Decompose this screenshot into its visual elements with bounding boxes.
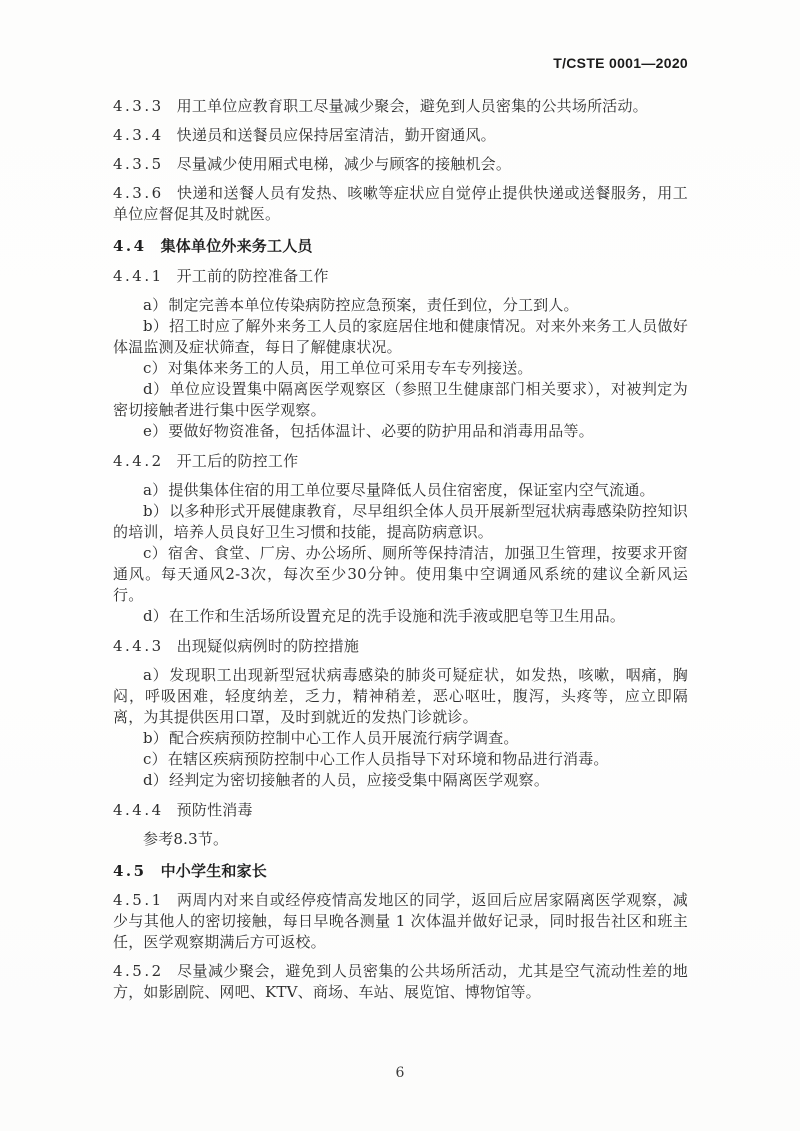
clause-4.5.1: 4.5.1两周内对来自或经停疫情高发地区的同学，返回后应居家隔离医学观察，减少与… [113,890,688,953]
subheading-4.4.3: 4.4.3出现疑似病例时的防控措施 [113,636,688,657]
item-label: e） [143,422,167,440]
list-item-d: d）在工作和生活场所设置充足的洗手设施和洗手液或肥皂等卫生用品。 [113,606,688,627]
item-label: b） [143,317,168,335]
paragraph: 参考8.3节。 [113,829,688,850]
list-item-e: e）要做好物资准备，包括体温计、必要的防护用品和消毒用品等。 [113,421,688,442]
list-item-a: a）发现职工出现新型冠状病毒感染的肺炎可疑症状，如发热，咳嗽，咽痛，胸闷，呼吸困… [113,665,688,728]
clause-number: 4.3.6 [113,184,164,202]
block-text: 尽量减少聚会，避免到人员密集的公共场所活动，尤其是空气流动性差的地方，如影剧院、… [113,962,688,1001]
item-label: d） [143,380,169,398]
page-header: T/CSTE 0001—2020 [113,55,688,72]
clause-number: 4.4.2 [113,452,164,470]
item-label: a） [143,296,167,314]
document-content: 4.3.3用工单位应教育职工尽量减少聚会，避免到人员密集的公共场所活动。4.3.… [113,96,688,1003]
heading-4.5: 4.5中小学生和家长 [113,861,688,882]
list-item-a: a）制定完善本单位传染病防控应急预案，责任到位，分工到人。 [113,295,688,316]
heading-4.4: 4.4集体单位外来务工人员 [113,236,688,257]
list-item-b: b）招工时应了解外来务工人员的家庭居住地和健康情况。对来外来务工人员做好体温监测… [113,316,688,358]
document-page: T/CSTE 0001—2020 4.3.3用工单位应教育职工尽量减少聚会，避免… [0,0,800,1131]
block-text: 在工作和生活场所设置充足的洗手设施和洗手液或肥皂等卫生用品。 [169,607,625,625]
item-label: b） [143,729,168,747]
block-text: 尽量减少使用厢式电梯，减少与顾客的接触机会。 [177,155,511,173]
list-item-a: a）提供集体住宿的用工单位要尽量降低人员住宿密度，保证室内空气流通。 [113,480,688,501]
block-text: 快递员和送餐员应保持居室清洁，勤开窗通风。 [177,126,496,144]
clause-number: 4.5 [113,862,147,880]
block-text: 两周内对来自或经停疫情高发地区的同学，返回后应居家隔离医学观察，减少与其他人的密… [113,891,688,951]
list-item-c: c）对集体来务工的人员，用工单位可采用专车专列接送。 [113,358,688,379]
list-item-d: d）单位应设置集中隔离医学观察区（参照卫生健康部门相关要求），对被判定为密切接触… [113,379,688,421]
block-text: 预防性消毒 [177,801,253,819]
list-item-c: c）在辖区疾病预防控制中心工作人员指导下对环境和物品进行消毒。 [113,749,688,770]
page-number: 6 [396,1065,405,1081]
block-text: 用工单位应教育职工尽量减少聚会，避免到人员密集的公共场所活动。 [177,97,648,115]
block-text: 中小学生和家长 [161,862,267,880]
list-item-b: b）以多种形式开展健康教育，尽早组织全体人员开展新型冠状病毒感染防控知识的培训，… [113,501,688,543]
subheading-4.4.4: 4.4.4预防性消毒 [113,800,688,821]
block-text: 对集体来务工的人员，用工单位可采用专车专列接送。 [168,359,533,377]
clause-number: 4.3.5 [113,155,164,173]
clause-number: 4.5.2 [113,962,164,980]
block-text: 单位应设置集中隔离医学观察区（参照卫生健康部门相关要求），对被判定为密切接触者进… [113,380,688,419]
block-text: 要做好物资准备，包括体温计、必要的防护用品和消毒用品等。 [168,422,594,440]
item-label: d） [143,607,168,625]
block-text: 制定完善本单位传染病防控应急预案，责任到位，分工到人。 [168,296,578,314]
clause-4.3.4: 4.3.4快递员和送餐员应保持居室清洁，勤开窗通风。 [113,125,688,146]
clause-number: 4.4.1 [113,267,164,285]
block-text: 集体单位外来务工人员 [161,237,313,255]
clause-4.3.3: 4.3.3用工单位应教育职工尽量减少聚会，避免到人员密集的公共场所活动。 [113,96,688,117]
block-text: 开工前的防控准备工作 [177,267,329,285]
clause-number: 4.4 [113,237,147,255]
block-text: 发现职工出现新型冠状病毒感染的肺炎可疑症状，如发热，咳嗽，咽痛，胸闷，呼吸困难，… [113,666,688,726]
page-footer: 6 [0,1065,800,1081]
block-text: 配合疾病预防控制中心工作人员开展流行病学调查。 [169,729,519,747]
clause-4.3.5: 4.3.5尽量减少使用厢式电梯，减少与顾客的接触机会。 [113,154,688,175]
clause-number: 4.4.4 [113,801,164,819]
clause-4.3.6: 4.3.6快递和送餐人员有发热、咳嗽等症状应自觉停止提供快递或送餐服务，用工单位… [113,183,688,225]
subheading-4.4.2: 4.4.2开工后的防控工作 [113,451,688,472]
block-text: 快递和送餐人员有发热、咳嗽等症状应自觉停止提供快递或送餐服务，用工单位应督促其及… [113,184,688,223]
item-label: b） [143,502,168,520]
item-label: c） [143,544,167,562]
block-text: 宿舍、食堂、厂房、办公场所、厕所等保持清洁，加强卫生管理，按要求开窗通风。每天通… [113,544,688,604]
list-item-b: b）配合疾病预防控制中心工作人员开展流行病学调查。 [113,728,688,749]
clause-number: 4.4.3 [113,637,164,655]
clause-number: 4.3.3 [113,97,164,115]
block-text: 经判定为密切接触者的人员，应接受集中隔离医学观察。 [169,771,549,789]
block-text: 在辖区疾病预防控制中心工作人员指导下对环境和物品进行消毒。 [168,750,609,768]
list-item-d: d）经判定为密切接触者的人员，应接受集中隔离医学观察。 [113,770,688,791]
item-label: a） [143,481,167,499]
doc-number: T/CSTE 0001—2020 [553,55,688,71]
block-text: 招工时应了解外来务工人员的家庭居住地和健康情况。对来外来务工人员做好体温监测及症… [113,317,688,356]
item-label: c） [143,359,167,377]
item-label: c） [143,750,167,768]
clause-4.5.2: 4.5.2尽量减少聚会，避免到人员密集的公共场所活动，尤其是空气流动性差的地方，… [113,961,688,1003]
item-label: d） [143,771,168,789]
block-text: 以多种形式开展健康教育，尽早组织全体人员开展新型冠状病毒感染防控知识的培训，培养… [113,502,688,541]
clause-number: 4.5.1 [113,891,164,909]
clause-number: 4.3.4 [113,126,164,144]
subheading-4.4.1: 4.4.1开工前的防控准备工作 [113,266,688,287]
block-text: 提供集体住宿的用工单位要尽量降低人员住宿密度，保证室内空气流通。 [168,481,654,499]
block-text: 开工后的防控工作 [177,452,299,470]
list-item-c: c）宿舍、食堂、厂房、办公场所、厕所等保持清洁，加强卫生管理，按要求开窗通风。每… [113,543,688,606]
block-text: 参考8.3节。 [143,830,228,848]
block-text: 出现疑似病例时的防控措施 [177,637,359,655]
item-label: a） [143,666,168,684]
